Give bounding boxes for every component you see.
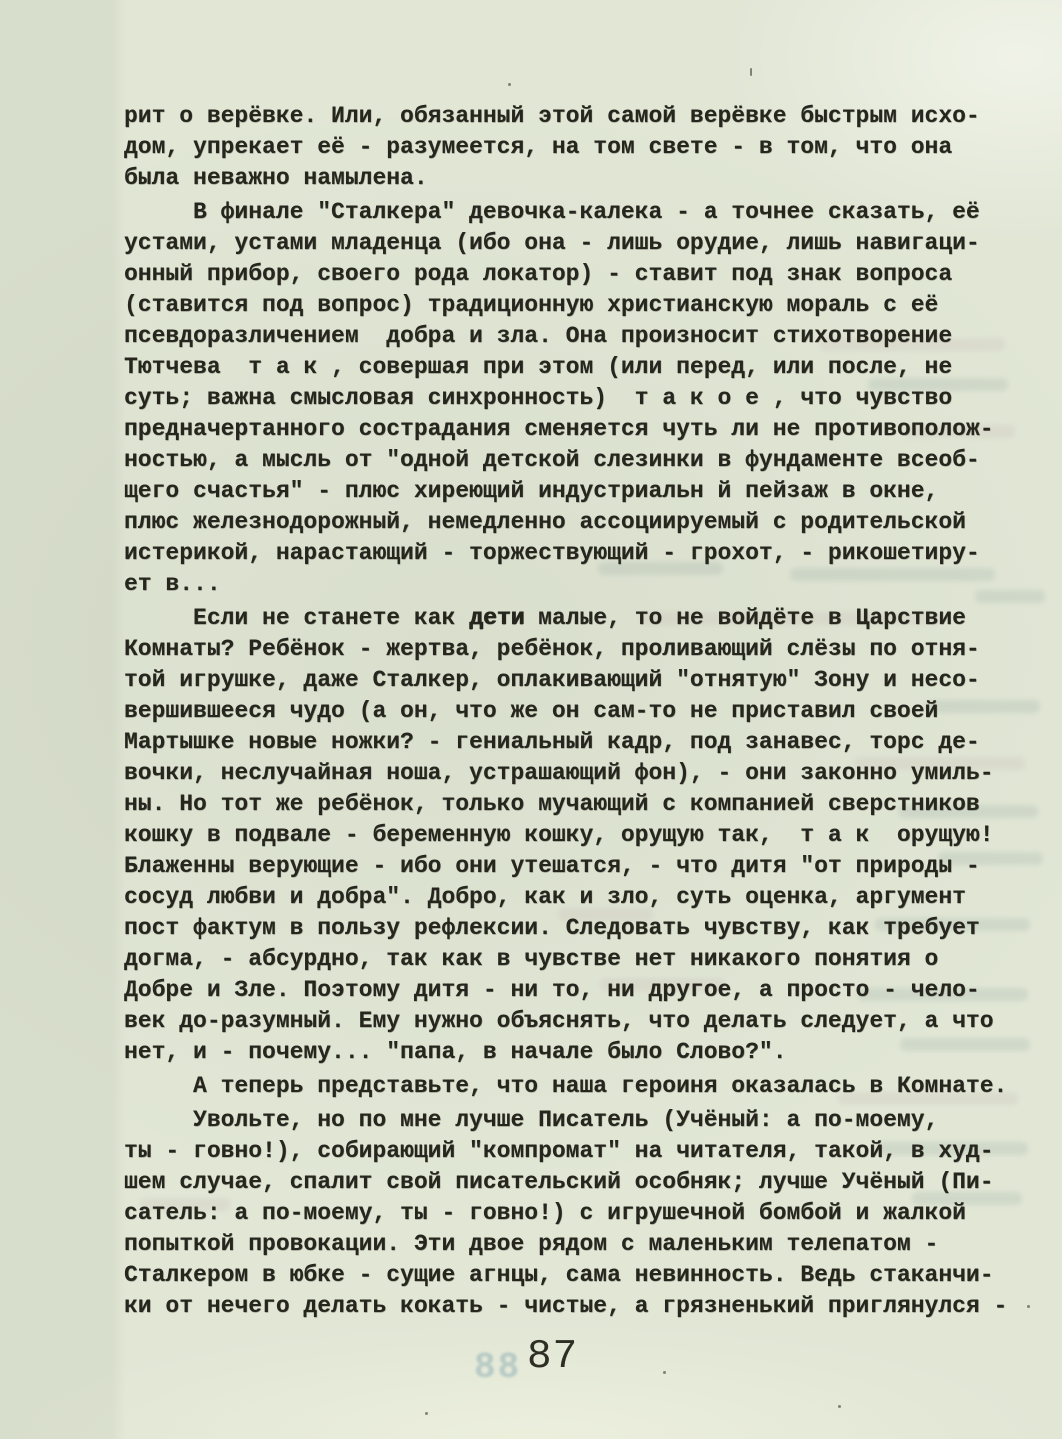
- paper-speck: [663, 1371, 666, 1374]
- paper-speck: [508, 83, 511, 86]
- text-line: истерикой, нарастающий - торжествующий -…: [124, 538, 1034, 569]
- overstruck-word: дети: [469, 605, 524, 631]
- text-line: А теперь представьте, что наша героиня о…: [124, 1071, 1034, 1102]
- text-line: Комнаты? Ребёнок - жертва, ребёнок, прол…: [124, 634, 1034, 665]
- text-line: пост фактум в пользу рефлексии. Следоват…: [124, 913, 1034, 944]
- text-line: вершившееся чудо (а он, что же он сам-то…: [124, 696, 1034, 727]
- text-line: сатель: а по-моему, ты - говно!) с игруш…: [124, 1198, 1034, 1229]
- typewritten-text: рит о верёвке. Или, обязанный этой самой…: [124, 101, 1034, 1322]
- text-line: нет, и - почему... "папа, в начале было …: [124, 1037, 1034, 1068]
- paper-speck: [838, 1405, 841, 1408]
- text-line: Увольте, но по мне лучше Писатель (Учёны…: [124, 1105, 1034, 1136]
- text-line: попыткой провокации. Эти двое рядом с ма…: [124, 1229, 1034, 1260]
- paragraph: А теперь представьте, что наша героиня о…: [124, 1071, 1034, 1102]
- page-number: 87: [527, 1334, 578, 1380]
- ghost-page-number: 88: [474, 1347, 521, 1388]
- paragraph: Если не станете как дети малые, то не во…: [124, 603, 1034, 1068]
- text-line: ны. Но тот же ребёнок, только мучающий с…: [124, 789, 1034, 820]
- text-line: устами, устами младенца (ибо она - лишь …: [124, 228, 1034, 259]
- text-line: ностью, а мысль от "одной детской слезин…: [124, 445, 1034, 476]
- text-line: ты - говно!), собирающий "компромат" на …: [124, 1136, 1034, 1167]
- scanned-page: рит о верёвке. Или, обязанный этой самой…: [0, 0, 1062, 1439]
- text-line: суть; важна смысловая синхронность) т а …: [124, 383, 1034, 414]
- text-line: Если не станете как дети малые, то не во…: [124, 603, 1034, 634]
- text-line: кошку в подвале - беременную кошку, орущ…: [124, 820, 1034, 851]
- text-line: (ставится под вопрос) традиционную христ…: [124, 290, 1034, 321]
- paragraph: В финале "Сталкера" девочка-калека - а т…: [124, 197, 1034, 600]
- text-line: была неважно намылена.: [124, 163, 1034, 194]
- text-line: шем случае, спалит свой писательский осо…: [124, 1167, 1034, 1198]
- paper-speck: [425, 1412, 428, 1415]
- text-line: Тютчева т а к , совершая при этом (или п…: [124, 352, 1034, 383]
- text-line: Сталкером в юбке - сущие агнцы, сама нев…: [124, 1260, 1034, 1291]
- text-line: век до-разумный. Ему нужно объяснять, чт…: [124, 1006, 1034, 1037]
- text-line: плюс железнодорожный, немедленно ассоции…: [124, 507, 1034, 538]
- text-line: вочки, неслучайная ноша, устрашающий фон…: [124, 758, 1034, 789]
- text-line: щего счастья" - плюс хиреющий индустриал…: [124, 476, 1034, 507]
- text-line: Блаженны верующие - ибо они утешатся, - …: [124, 851, 1034, 882]
- text-line: рит о верёвке. Или, обязанный этой самой…: [124, 101, 1034, 132]
- text-line: В финале "Сталкера" девочка-калека - а т…: [124, 197, 1034, 228]
- text-line: сосуд любви и добра". Добро, как и зло, …: [124, 882, 1034, 913]
- text-line: онный прибор, своего рода локатор) - ста…: [124, 259, 1034, 290]
- paper-speck: [750, 68, 752, 76]
- text-line: предначертанного сострадания сменяется ч…: [124, 414, 1034, 445]
- text-line: дом, упрекает её - разумеется, на том св…: [124, 132, 1034, 163]
- text-line: Добре и Зле. Поэтому дитя - ни то, ни др…: [124, 975, 1034, 1006]
- paragraph: Увольте, но по мне лучше Писатель (Учёны…: [124, 1105, 1034, 1322]
- paragraph: рит о верёвке. Или, обязанный этой самой…: [124, 101, 1034, 194]
- text-line: псевдоразличением добра и зла. Она произ…: [124, 321, 1034, 352]
- text-line: ки от нечего делать кокать - чистые, а г…: [124, 1291, 1034, 1322]
- text-line: догма, - абсурдно, так как в чувстве нет…: [124, 944, 1034, 975]
- text-line: той игрушке, даже Сталкер, оплакивающий …: [124, 665, 1034, 696]
- text-line: Мартышке новые ножки? - гениальный кадр,…: [124, 727, 1034, 758]
- text-line: ет в...: [124, 569, 1034, 600]
